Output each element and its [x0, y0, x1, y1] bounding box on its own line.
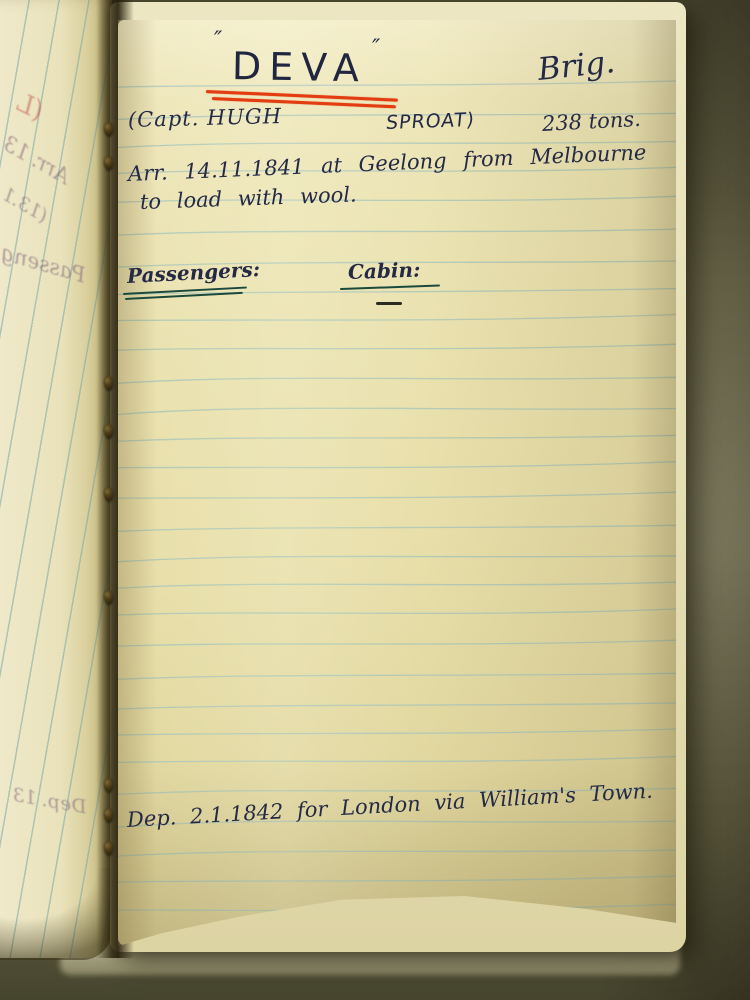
- ghost-text: Passeng: [0, 241, 88, 288]
- ghost-text: Arr. 13: [0, 131, 74, 188]
- ghost-text: (13.1: [0, 183, 52, 227]
- captain-surname: SPROAT): [385, 109, 476, 134]
- ghost-text: Dep. 13: [11, 784, 89, 819]
- title-open-quote: ″: [214, 28, 222, 53]
- ship-name: DEVA: [232, 44, 368, 90]
- captain-prefix: (Capt. HUGH: [128, 104, 283, 132]
- right-page: ″ DEVA ″ Brig. (Capt. HUGH SPROAT) 238 t…: [118, 20, 676, 946]
- notebook-photo: (L Arr. 13 (13.1 Passeng Dep. 13 ″ DEVA …: [0, 0, 750, 1000]
- ghost-text: (L: [11, 88, 49, 127]
- title-close-quote: ″: [372, 36, 380, 61]
- cabin-heading: Cabin:: [348, 257, 421, 284]
- cabin-dash: [376, 302, 402, 305]
